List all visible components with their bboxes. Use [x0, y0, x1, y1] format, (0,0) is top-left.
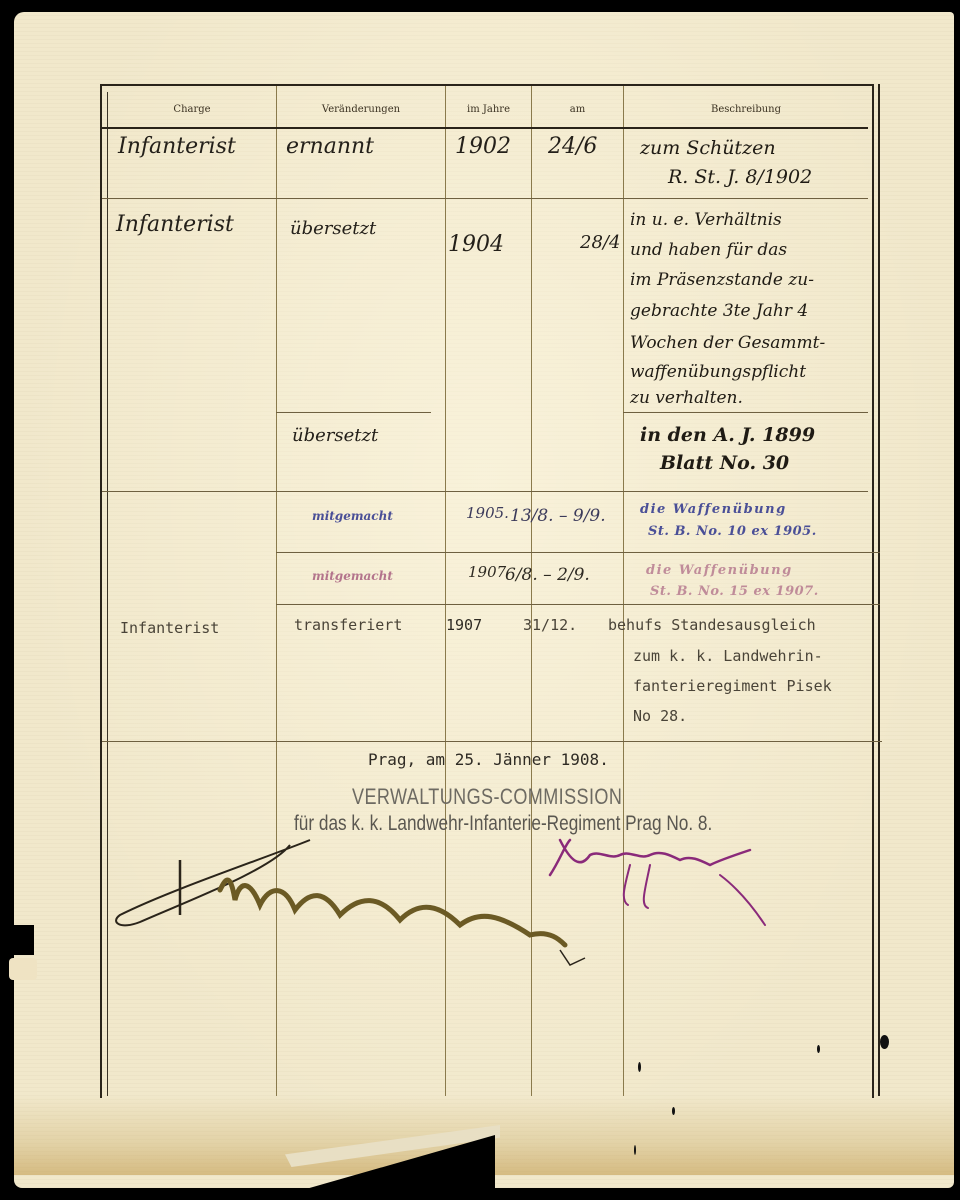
row2-desc-line: und haben für das	[630, 240, 787, 260]
commission-stamp-title: VERWALTUNGS-COMMISSION	[352, 784, 622, 810]
row2-desc-line: waffenübungspflicht	[630, 362, 806, 382]
header-description: Beschreibung	[624, 92, 868, 127]
ink-blot	[817, 1045, 820, 1053]
row2-desc-line: im Präsenzstande zu-	[630, 270, 814, 290]
header-rule	[102, 127, 868, 129]
header-changes: Veränderungen	[277, 92, 445, 127]
row6-change: transferiert	[294, 616, 402, 634]
paper-notch	[0, 925, 34, 955]
row6-charge: Infanterist	[120, 619, 219, 637]
row5-year: 1907	[468, 563, 506, 581]
row2-desc-line: in u. e. Verhältnis	[630, 210, 782, 230]
row6-date: 31/12.	[523, 616, 577, 634]
header-charge: Charge	[108, 92, 276, 127]
row-rule	[102, 491, 868, 492]
row2-charge: Infanterist	[116, 212, 234, 237]
row-rule	[276, 552, 880, 553]
row3-desc-line: in den A. J. 1899	[640, 424, 815, 446]
ink-blot	[634, 1145, 636, 1155]
row5-change-stamp: mitgemacht	[312, 569, 393, 583]
table-inner-border	[107, 92, 108, 1096]
row1-desc-line: zum Schützen	[640, 137, 776, 159]
row2-change: übersetzt	[290, 218, 376, 239]
signature-right-icon	[540, 830, 800, 940]
signature-left-text: Herzenbauer	[230, 885, 237, 886]
ink-blot	[880, 1035, 889, 1049]
row2-desc-line: gebrachte 3te Jahr 4	[630, 301, 808, 321]
row2-desc-line: zu verhalten.	[630, 388, 743, 408]
row-rule	[623, 412, 868, 413]
row-rule	[276, 412, 431, 413]
row2-year: 1904	[448, 232, 504, 257]
row5-date: 6/8. – 2/9.	[505, 565, 590, 585]
header-year: im Jahre	[446, 92, 531, 127]
row1-change: ernannt	[286, 134, 374, 159]
row-rule	[276, 604, 880, 605]
row6-desc-line: zum k. k. Landwehrin-	[633, 647, 823, 665]
row5-desc-stamp: St. B. No. 15 ex 1907.	[650, 584, 819, 599]
row6-desc-line: fanterieregiment Pisek	[633, 677, 832, 695]
paper-patch	[9, 958, 37, 980]
header-date: am	[532, 92, 623, 127]
row3-desc-line: Blatt No. 30	[660, 452, 789, 474]
signature-right-text: Novák Hptm. Rchf.	[560, 860, 570, 861]
row1-charge: Infanterist	[118, 134, 236, 159]
row6-year: 1907	[446, 616, 482, 634]
row1-year: 1902	[455, 134, 511, 159]
row4-year: 1905.	[466, 504, 509, 522]
signature-left-icon	[110, 830, 610, 980]
row6-desc-line: behufs Standesausgleich	[608, 616, 816, 634]
row5-desc-stamp: die Waffenübung	[646, 563, 793, 578]
row4-change-stamp: mitgemacht	[312, 509, 393, 523]
place-date: Prag, am 25. Jänner 1908.	[368, 750, 609, 769]
row3-change: übersetzt	[292, 425, 378, 446]
row1-desc-line: R. St. J. 8/1902	[668, 166, 812, 188]
row2-date: 28/4	[580, 232, 620, 253]
row4-date: 13/8. – 9/9.	[510, 506, 606, 526]
column-divider	[623, 86, 624, 1096]
row-rule	[102, 741, 882, 742]
table-right-border	[878, 84, 880, 1096]
row2-desc-line: Wochen der Gesammt-	[630, 333, 825, 353]
row4-desc-stamp: St. B. No. 10 ex 1905.	[648, 524, 817, 539]
ink-blot	[638, 1062, 641, 1072]
row-rule	[102, 198, 868, 199]
row1-date: 24/6	[548, 134, 597, 159]
row4-desc-stamp: die Waffenübung	[640, 502, 787, 517]
row6-desc-line: No 28.	[633, 707, 687, 725]
ink-blot	[672, 1107, 675, 1115]
